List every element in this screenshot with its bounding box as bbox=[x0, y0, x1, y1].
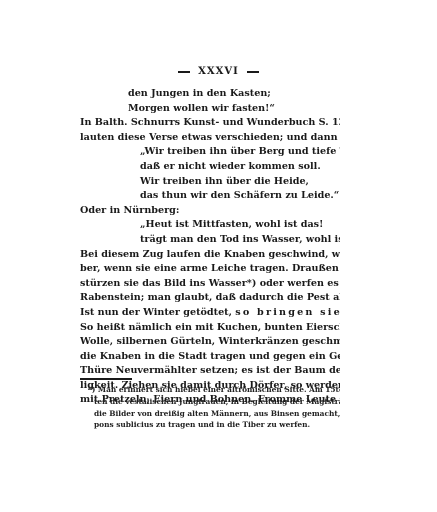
text-line: lauten diese Verse etwas verschieden; un… bbox=[80, 131, 340, 146]
verse-line: das thun wir den Schäfern zu Leide.“ bbox=[80, 189, 340, 204]
footnote-line: *) Man erinnert sich hiebei einer altröm… bbox=[88, 384, 340, 396]
text-line: Bei diesem Zug laufen die Knaben geschwi… bbox=[80, 248, 340, 263]
text-line: Rabenstein; man glaubt, daß dadurch die … bbox=[80, 291, 340, 306]
page-header: XXXVI bbox=[0, 66, 437, 77]
header-dash-left bbox=[178, 71, 190, 73]
footnote-line: ten die vestalischen Jungfrauen, in Begl… bbox=[88, 396, 340, 408]
footnote: *) Man erinnert sich hiebei einer altröm… bbox=[88, 384, 340, 431]
text-line: Thüre Neuvermählter setzen; es ist der B… bbox=[80, 364, 340, 379]
header-dash-right bbox=[247, 71, 259, 73]
verse-line: Wir treiben ihn über die Heide, bbox=[80, 175, 340, 190]
verse-line: „Wir treiben ihn über Berg und tiefe Tha… bbox=[80, 145, 340, 160]
text-line: Wolle, silbernen Gürteln, Winterkränzen … bbox=[80, 335, 340, 350]
text-line: die Knaben in die Stadt tragen und gegen… bbox=[80, 350, 340, 365]
text-line: Morgen wollen wir fasten!“ bbox=[80, 102, 340, 117]
page-number: XXXVI bbox=[198, 66, 239, 77]
emphasized-text: so bringen sie den Sommer bbox=[235, 307, 340, 318]
body-text: den Jungen in den Kasten; Morgen wollen … bbox=[80, 87, 340, 408]
footnote-line: die Bilder von dreißig alten Männern, au… bbox=[88, 408, 340, 420]
text-line: stürzen sie das Bild ins Wasser*) oder w… bbox=[80, 277, 340, 292]
text-line: Oder in Nürnberg: bbox=[80, 204, 340, 219]
verse-line: trägt man den Tod ins Wasser, wohl ist d… bbox=[80, 233, 340, 248]
text-line: So heißt nämlich ein mit Kuchen, bunten … bbox=[80, 321, 340, 336]
verse-line: „Heut ist Mittfasten, wohl ist das! bbox=[80, 218, 340, 233]
text-line: In Balth. Schnurrs Kunst- und Wunderbuch… bbox=[80, 116, 340, 131]
text-line: ber, wenn sie eine arme Leiche tragen. D… bbox=[80, 262, 340, 277]
verse-line: daß er nicht wieder kommen soll. bbox=[80, 160, 340, 175]
footnote-rule bbox=[80, 378, 132, 380]
text-line: den Jungen in den Kasten; bbox=[80, 87, 340, 102]
text-line: Ist nun der Winter getödtet, so bringen … bbox=[80, 306, 340, 321]
footnote-line: pons sublicius zu tragen und in die Tibe… bbox=[88, 419, 340, 431]
